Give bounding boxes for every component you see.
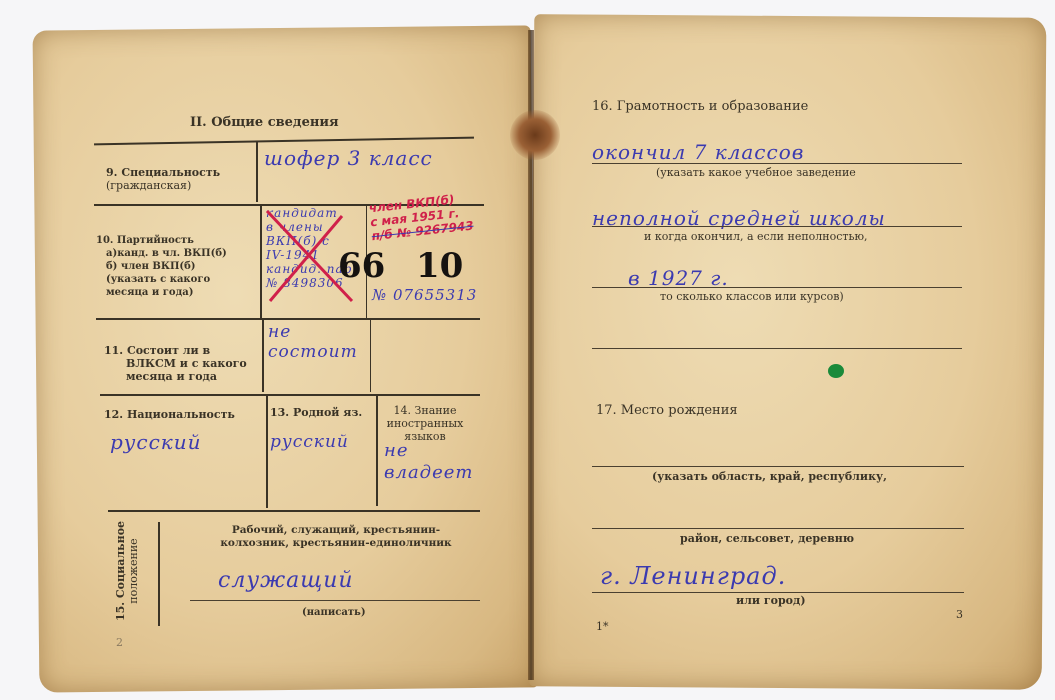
divider bbox=[370, 320, 371, 392]
stain-mark bbox=[510, 110, 560, 160]
field-10-label-line: б) член ВКП(б) bbox=[96, 260, 227, 273]
field-15-label: 15. Социальное положение bbox=[114, 516, 140, 626]
rule bbox=[592, 163, 962, 164]
field-9-label-line1: 9. Специальность bbox=[106, 166, 220, 179]
rule bbox=[592, 592, 964, 593]
page-number: 3 bbox=[956, 608, 963, 621]
rule bbox=[592, 348, 962, 349]
field-13-label: 13. Родной яз. bbox=[270, 406, 362, 419]
divider bbox=[376, 396, 378, 506]
stamp-number-1: 66 bbox=[338, 246, 385, 286]
field-17-title: 17. Место рождения bbox=[596, 404, 738, 417]
field-15-label-line: 15. Социальное bbox=[114, 516, 127, 626]
field-14-label: 14. Знание иностранных языков bbox=[382, 404, 468, 443]
stamp-number-2: 10 bbox=[416, 246, 463, 286]
field-13-value: русский bbox=[270, 432, 349, 452]
page-mark: 2 bbox=[116, 636, 123, 649]
field-14-value-line: не bbox=[384, 440, 473, 462]
field-16-value-1: окончил 7 классов bbox=[592, 140, 804, 164]
field-10-label: 10. Партийность а)канд. в чл. ВКП(б) б) … bbox=[96, 234, 227, 299]
field-11-label-line: 11. Состоит ли в bbox=[104, 344, 247, 357]
field-10-label-line: месяца и года) bbox=[96, 286, 227, 299]
green-ink-spot bbox=[828, 364, 844, 378]
field-11-value-line: не bbox=[268, 322, 358, 342]
field-9-value: шофер 3 класс bbox=[264, 146, 433, 170]
divider bbox=[262, 320, 264, 392]
field-15-hint: Рабочий, служащий, крестьянин- колхозник… bbox=[196, 524, 476, 550]
field-17-caption-2: район, сельсовет, деревню bbox=[680, 532, 854, 545]
field-16-title: 16. Грамотность и образование bbox=[592, 100, 808, 113]
field-14-value-line: владеет bbox=[384, 462, 473, 484]
rule bbox=[108, 510, 480, 512]
field-12-value: русский bbox=[110, 430, 202, 454]
field-14-value: не владеет bbox=[384, 440, 473, 484]
field-15-hint-line: колхозник, крестьянин-единоличник bbox=[196, 537, 476, 550]
field-15-hint-line: Рабочий, служащий, крестьянин- bbox=[196, 524, 476, 537]
field-11-label-line: месяца и года bbox=[104, 370, 247, 383]
field-16-caption-1: (указать какое учебное заведение bbox=[656, 166, 856, 179]
section-title: II. Общие сведения bbox=[190, 116, 339, 129]
divider bbox=[266, 396, 268, 508]
field-11-value: не состоит bbox=[268, 322, 358, 362]
field-15-label-line: положение bbox=[127, 516, 140, 626]
field-15-caption: (написать) bbox=[302, 606, 366, 619]
field-9-label: 9. Специальность (гражданская) bbox=[106, 166, 220, 192]
field-10-label-line: (указать с какого bbox=[96, 273, 227, 286]
rule bbox=[96, 318, 480, 320]
field-9-label-line2: (гражданская) bbox=[106, 179, 220, 192]
field-16-caption-3: то сколько классов или курсов) bbox=[660, 290, 844, 303]
divider bbox=[256, 142, 258, 202]
field-10-label-line: а)канд. в чл. ВКП(б) bbox=[96, 247, 227, 260]
field-11-value-line: состоит bbox=[268, 342, 358, 362]
rule bbox=[100, 394, 480, 396]
party-card-number: № 07655313 bbox=[372, 286, 477, 304]
field-14-label-line: 14. Знание bbox=[382, 404, 468, 417]
divider bbox=[158, 522, 160, 626]
field-12-label: 12. Национальность bbox=[104, 408, 235, 421]
field-16-caption-2: и когда окончил, а если неполностью, bbox=[644, 230, 868, 243]
field-14-label-line: иностранных bbox=[382, 417, 468, 430]
field-17-caption-1: (указать область, край, республику, bbox=[652, 470, 887, 483]
rule bbox=[592, 287, 962, 288]
field-17-caption-3: или город) bbox=[736, 594, 806, 607]
rule bbox=[190, 600, 480, 601]
rule bbox=[592, 528, 964, 529]
field-10-label-line: 10. Партийность bbox=[96, 234, 227, 247]
rule bbox=[592, 466, 964, 467]
field-11-label-line: ВЛКСМ и с какого bbox=[104, 357, 247, 370]
rule bbox=[592, 226, 962, 227]
field-11-label: 11. Состоит ли в ВЛКСМ и с какого месяца… bbox=[104, 344, 247, 383]
signature-mark: 1* bbox=[596, 620, 609, 633]
field-17-value: г. Ленинград. bbox=[600, 562, 786, 590]
field-15-value: служащий bbox=[218, 568, 354, 593]
